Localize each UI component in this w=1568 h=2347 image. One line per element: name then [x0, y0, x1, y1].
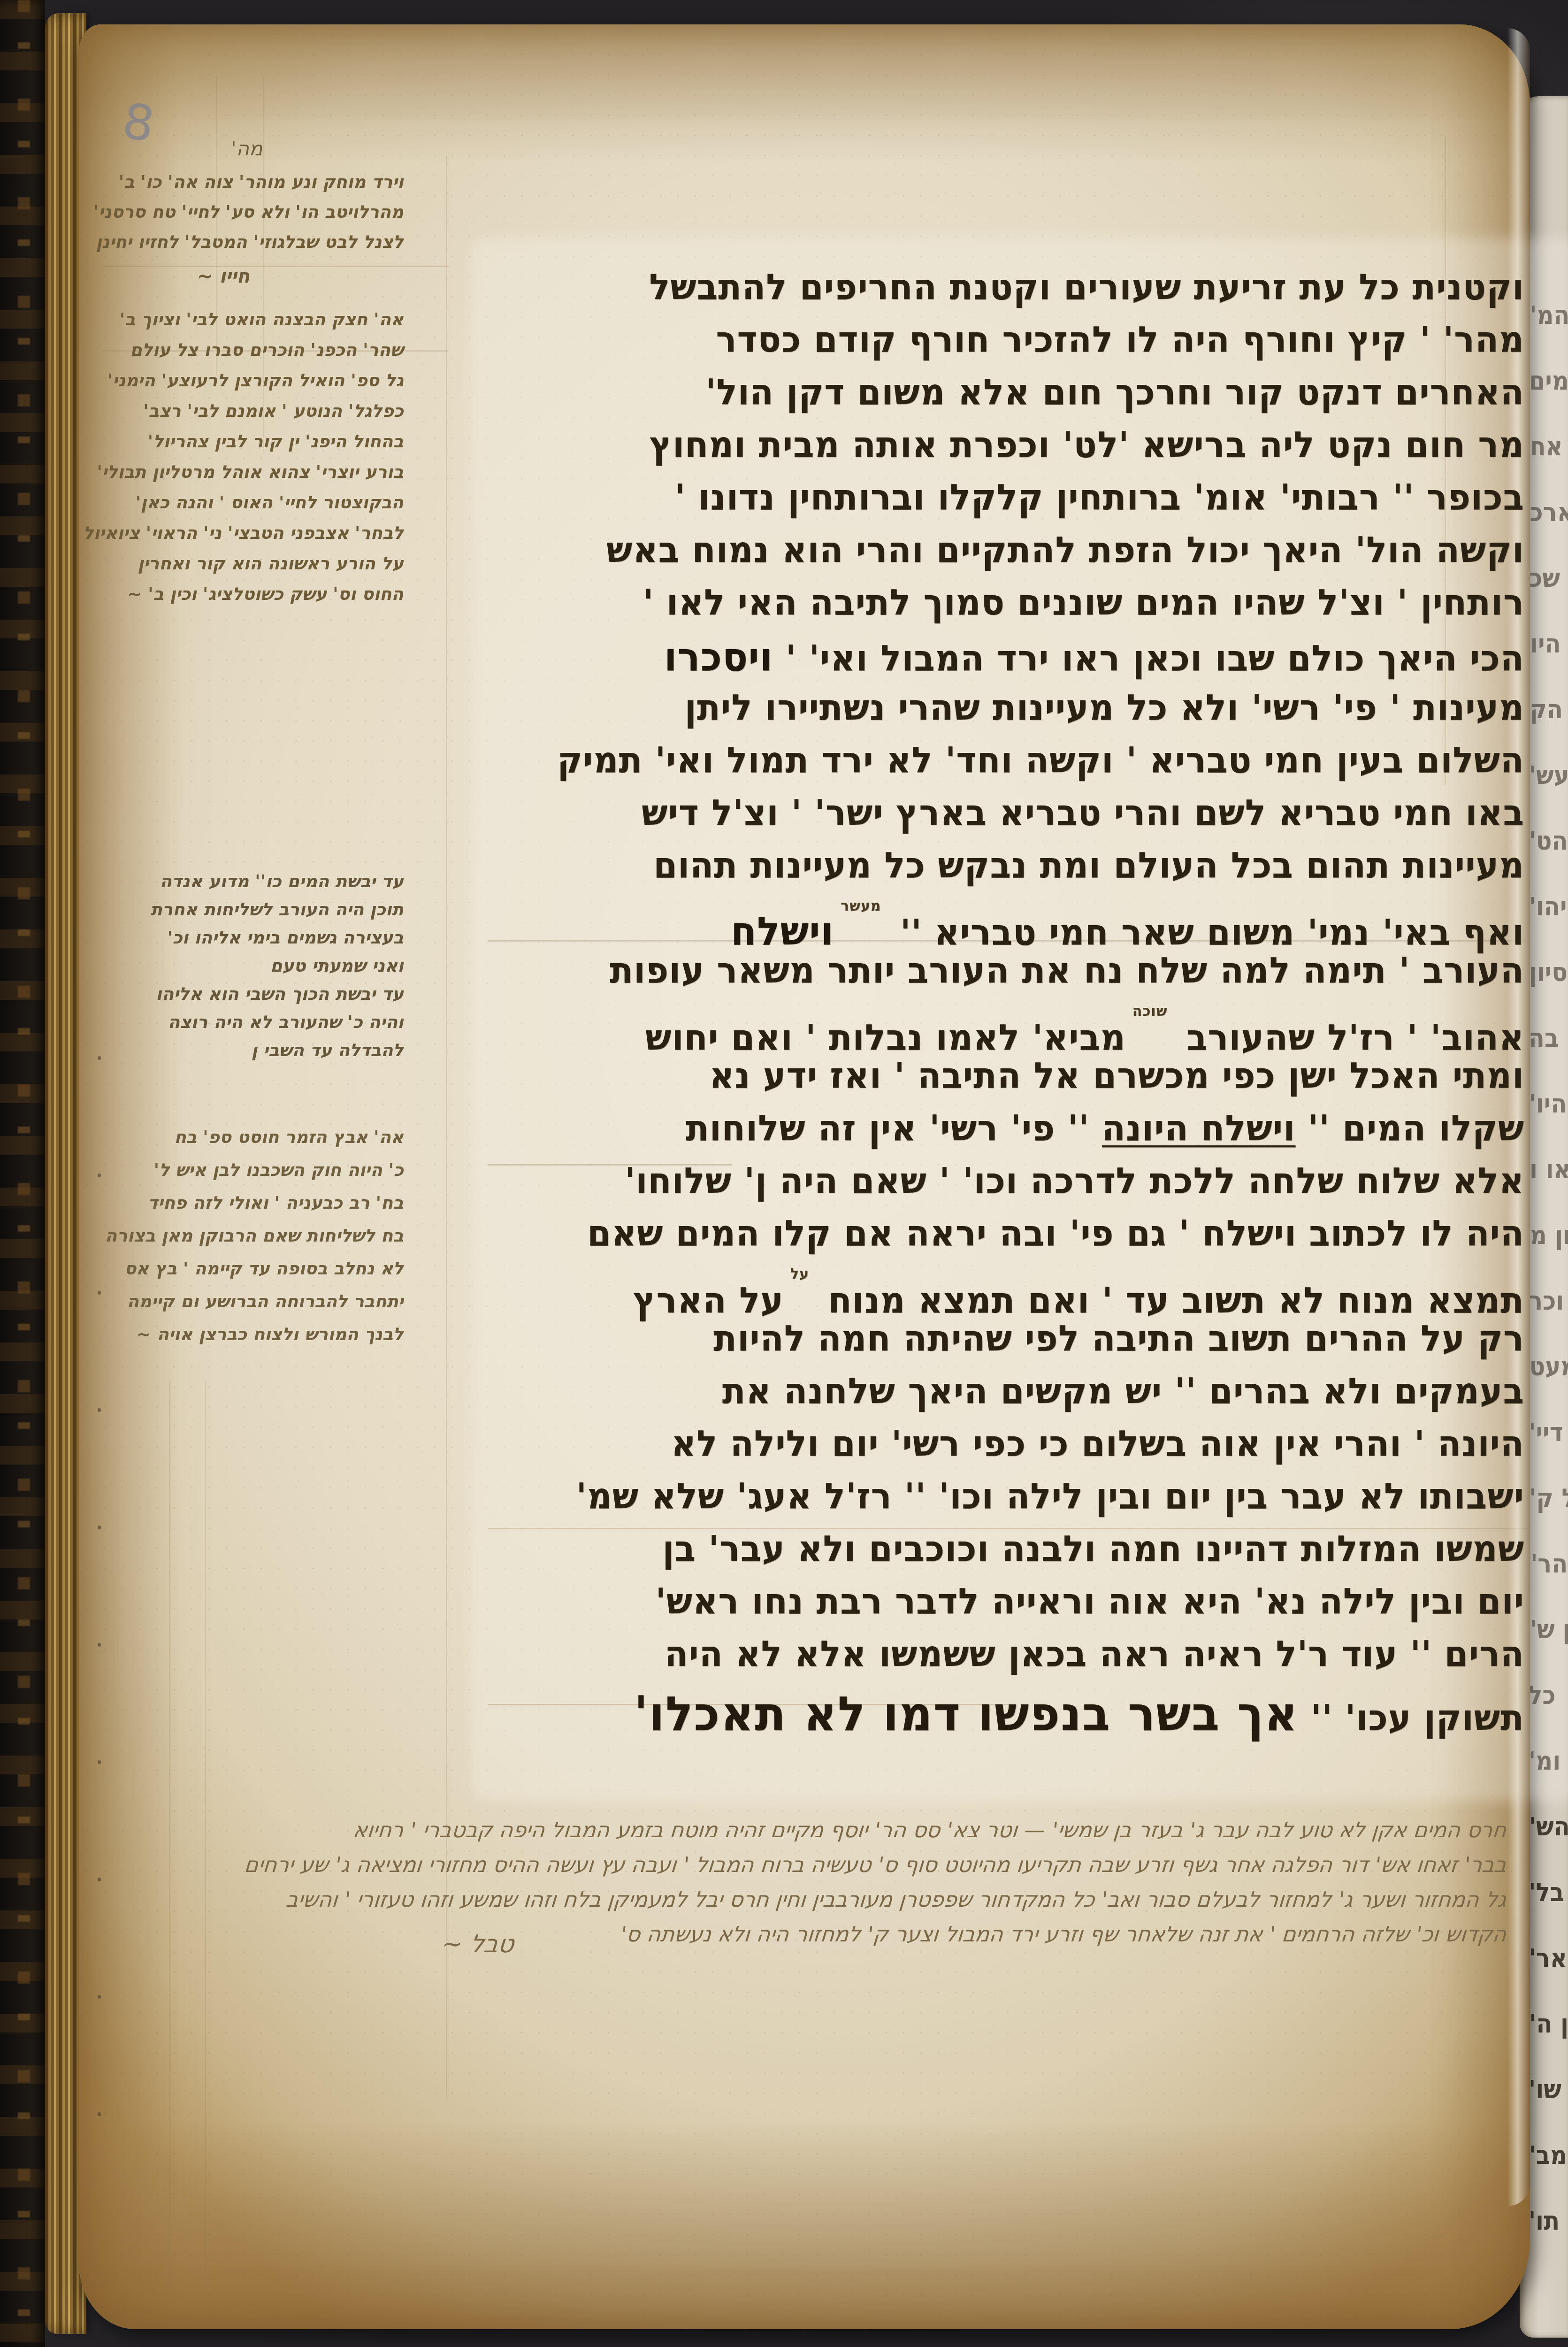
text-segment: '' פי' רשי' אין זה שלוחות: [686, 1108, 1102, 1149]
text-line: חרס המים אקן לא טוע לבה עבר ג' בעזר בן ש…: [118, 1813, 1508, 1848]
text-segment: היונה ' והרי אין אוה בשלום כי כפי רשי' י…: [671, 1423, 1524, 1465]
text-segment: בעמקים ולא בהרים '' יש מקשים היאך שלחנה …: [722, 1371, 1524, 1412]
text-segment: ואף באי' נמי' משום שאר חמי טבריא '': [888, 912, 1524, 953]
text-segment: רותחין ' וצ'ל שהיו המים שוננים סמוך לתיב…: [643, 582, 1524, 623]
main-text-line: אהוב' ' רז'ל שהעורב שוכהמביא' לאמו נבלות…: [475, 1003, 1524, 1057]
margin-note-block-4: אה' אבץ הזמר חוסט ספ' בחכ' היוה חוק השכב…: [99, 1121, 404, 1351]
pricking-hole: [98, 1760, 101, 1764]
header-catchword: מה': [231, 137, 263, 160]
text-segment: האחרים דנקט קור וחרכך חום אלא משום דקן ה…: [705, 372, 1524, 413]
adjacent-page-text-fragment: תו': [1529, 2206, 1560, 2236]
text-line: גל ספ' הואיל הקורצן לרעוצע' הימני': [99, 365, 404, 396]
pricking-hole: [98, 1878, 101, 1881]
main-text-line: תמצא מנוח לא תשוב עד ' ואם תמצא מנוח עלע…: [475, 1266, 1524, 1320]
main-text-line: שקלו המים '' וישלח היונה '' פי' רשי' אין…: [475, 1108, 1524, 1162]
margin-note-block-3: עד יבשת המים כו'' מדוע אנדהתוכן היה העור…: [99, 867, 404, 1065]
text-line: כפלגל' הנוטע ' אומנם לבי' רצב': [99, 396, 404, 426]
text-segment: באו חמי טבריא לשם והרי טבריא בארץ ישר' '…: [642, 792, 1524, 834]
text-line: והיה כ' שהעורב לא היה רוצה: [99, 1008, 404, 1036]
interlinear-correction: שוכה: [1132, 1003, 1168, 1020]
text-segment: הכי היאך כולם שבו וכאן ראו ירד המבול ואי…: [773, 638, 1524, 679]
manuscript-photo: ן המ'מיםש אחהארכו שכאן היות הקעש'הט'יהו'…: [0, 0, 1568, 2347]
main-text-line: מר חום נקט ליה ברישא 'לט' וכפרת אותה מבי…: [475, 424, 1524, 479]
binding-wear-texture: [18, 0, 30, 2347]
text-segment: מביא' לאמו נבלות ' ואם יחוש: [645, 1017, 1126, 1058]
pricking-hole: [98, 1408, 101, 1412]
text-segment: הרים '' עוד ר'ל ראיה ראה בכאן ששמשו אלא …: [665, 1634, 1524, 1675]
text-line: שהר' הכפנ' הוכרים סברו צל עולם: [99, 335, 404, 365]
text-line: כ' היוה חוק השכבנו לבן איש ל': [99, 1154, 404, 1187]
text-segment: אהוב' ' רז'ל שהעורב: [1174, 1017, 1524, 1058]
text-segment: על הארץ: [633, 1280, 784, 1321]
main-text-line: שמשו המזלות דהיינו חמה ולבנה וכוכבים ולא…: [475, 1528, 1524, 1583]
book-binding-spine: [0, 0, 45, 2347]
main-text-line: ישבותו לא עבר בין יום ובין לילה וכו' '' …: [475, 1476, 1524, 1530]
main-text-line: בעמקים ולא בהרים '' יש מקשים היאך שלחנה …: [475, 1371, 1524, 1425]
text-line: בהחול היפנ' ין קור לבין צהריול': [99, 426, 404, 457]
text-segment: מהר' ' קיץ וחורף היה לו להזכיר חורף קודם…: [716, 319, 1524, 360]
interlinear-correction: מעשר: [841, 897, 881, 914]
main-text-line: בכופר '' רבותי' אומ' ברותחין קלקלו וברות…: [475, 477, 1524, 531]
text-line: לצנל לבט שבלגוזי' המטבל' לחזיו יחינן: [99, 227, 404, 257]
text-line: על הורע ראשונה הוא קור ואחרין: [99, 548, 404, 579]
adjacent-page-text-fragment: ין ה': [1529, 2009, 1568, 2039]
main-text-line: השלום בעין חמי טבריא ' וקשה וחד' לא ירד …: [475, 740, 1524, 794]
main-text-line: מעיינות תהום בכל העולם ומת נבקש כל מעיינ…: [475, 845, 1524, 899]
text-segment: העורב ' תימה למה שלח נח את העורב יותר מש…: [610, 950, 1524, 991]
main-text-line: מהר' ' קיץ וחורף היה לו להזכיר חורף קודם…: [475, 319, 1524, 374]
interlinear-correction: על: [790, 1266, 809, 1282]
main-text-line: וקטנית כל עת זריעת שעורים וקטנת החריפים …: [475, 267, 1524, 321]
pricking-hole: [98, 1526, 101, 1529]
text-segment: היה לו לכתוב וישלח ' גם פי' ובה יראה אם …: [587, 1213, 1524, 1254]
main-text-line: מעינות ' פי' רשי' ולא כל מעיינות שהרי נש…: [475, 687, 1524, 742]
text-line: הבקוצטור לחיי' האוס ' והנה כאן': [99, 487, 404, 518]
pricking-hole: [98, 1995, 101, 1999]
text-line: בורע יוצרי' צהוא אוהל מרטליון תבולי': [99, 457, 404, 487]
pricking-hole: [98, 1643, 101, 1647]
text-line: בח לשליחות שאם הרבוקן מאן בצורה: [99, 1220, 404, 1252]
main-text-line: היה לו לכתוב וישלח ' גם פי' ובה יראה אם …: [475, 1213, 1524, 1267]
main-text-line: רותחין ' וצ'ל שהיו המים שוננים סמוך לתיב…: [475, 582, 1524, 637]
main-text-line: וקשה הול' היאך יכול הזפת להתקיים והרי הו…: [475, 529, 1524, 584]
margin-note-block-2: אה' חצק הבצנה הואט לבי' וציוך ב'שהר' הכפ…: [99, 304, 404, 609]
text-segment: מר חום נקט ליה ברישא 'לט' וכפרת אותה מבי…: [650, 424, 1524, 466]
text-line: אה' אבץ הזמר חוסט ספ' בח: [99, 1121, 404, 1154]
text-segment: שמשו המזלות דהיינו חמה ולבנה וכוכבים ולא…: [662, 1528, 1524, 1570]
emphasized-lemma: אך בשר בנפשו דמו לא תאכלו': [634, 1686, 1299, 1741]
text-line: לבנך המורש ולצוח כברצן אויה ~: [99, 1318, 404, 1351]
ruling-line-vertical: [446, 156, 447, 2099]
text-line: בח' רב כבעניה ' ואולי לזה פחיד: [99, 1187, 404, 1220]
main-text-line: תשוקן עכו' '' אך בשר בנפשו דמו לא תאכלו': [475, 1686, 1524, 1741]
adjacent-page-text-fragment: שו': [1529, 2075, 1561, 2104]
adjacent-page-text-fragment: בל': [1529, 1878, 1564, 1907]
text-line: לא נחלב בסופה עד קיימה ' בץ אס: [99, 1252, 404, 1285]
main-text-line: העורב ' תימה למה שלח נח את העורב יותר מש…: [475, 950, 1524, 1005]
text-line: החוס וס' עשק כשוטלציג' וכין ב' ~: [99, 579, 404, 609]
main-text-line: האחרים דנקט קור וחרכך חום אלא משום דקן ה…: [475, 372, 1524, 426]
adjacent-page-text-fragment: הש': [1529, 1812, 1568, 1841]
text-segment: יום ובין לילה נא' היא אוה וראייה לדבר רב…: [655, 1581, 1524, 1622]
text-segment: השלום בעין חמי טבריא ' וקשה וחד' לא ירד …: [557, 740, 1524, 781]
text-line: גל המחזור ושער ג' למחזור לבעלם סבור ואב'…: [118, 1882, 1508, 1917]
text-segment: מעינות ' פי' רשי' ולא כל מעיינות שהרי נש…: [685, 687, 1524, 729]
text-segment: תשוקן עכו' '': [1299, 1697, 1524, 1739]
text-line: אה' חצק הבצנה הואט לבי' וציוך ב': [99, 304, 404, 335]
text-line: תוכן היה העורב לשליחות אחרת: [99, 896, 404, 924]
emphasized-lemma: ויסכרו: [664, 635, 773, 680]
text-segment: בכופר '' רבותי' אומ' ברותחין קלקלו וברות…: [675, 477, 1524, 518]
text-segment: אלא שלוח שלחה ללכת לדרכה וכו' ' שאם היה …: [625, 1160, 1524, 1202]
text-line: מהרלויטב הו' ולא סע' לחיי' טח סרסני': [99, 197, 404, 227]
main-text-line: הכי היאך כולם שבו וכאן ראו ירד המבול ואי…: [475, 635, 1524, 689]
main-text-block: וקטנית כל עת זריעת שעורים וקטנת החריפים …: [475, 267, 1524, 1739]
margin-note-1-tail: חייו ~: [197, 266, 250, 287]
adjacent-page-text-fragment: מב': [1529, 2140, 1567, 2170]
lower-gloss-tail: טבל ~: [440, 1930, 516, 1958]
main-text-line: באו חמי טבריא לשם והרי טבריא בארץ ישר' '…: [475, 792, 1524, 847]
text-segment: שקלו המים '': [1295, 1108, 1524, 1149]
pricking-hole: [98, 2112, 101, 2116]
emphasized-lemma: וישלח היונה: [1102, 1108, 1296, 1149]
text-line: לבחר' אצבפני הטבצי' ני' הראוי' ציואיול: [99, 518, 404, 548]
text-segment: ישבותו לא עבר בין יום ובין לילה וכו' '' …: [576, 1476, 1524, 1517]
text-line: יתחבר להברוחה הברושע ום קיימה: [99, 1285, 404, 1318]
text-segment: וקטנית כל עת זריעת שעורים וקטנת החריפים …: [649, 267, 1524, 308]
main-text-line: הרים '' עוד ר'ל ראיה ראה בכאן ששמשו אלא …: [475, 1634, 1524, 1688]
emphasized-lemma: וישלח: [731, 909, 834, 954]
text-line: בעצירה גשמים בימי אליהו וכ': [99, 924, 404, 952]
text-line: הקדוש וכ' שלזה הרחמים ' את זנה שלאחר שף …: [118, 1917, 1508, 1952]
text-line: עד יבשת המים כו'' מדוע אנדה: [99, 867, 404, 896]
main-text-line: היונה ' והרי אין אוה בשלום כי כפי רשי' י…: [475, 1423, 1524, 1478]
text-segment: רק על ההרים תשוב התיבה לפי שהיתה חמה להי…: [713, 1318, 1524, 1359]
lower-gloss-block: חרס המים אקן לא טוע לבה עבר ג' בעזר בן ש…: [120, 1813, 1507, 1952]
main-text-line: רק על ההרים תשוב התיבה לפי שהיתה חמה להי…: [475, 1318, 1524, 1373]
text-segment: מעיינות תהום בכל העולם ומת נבקש כל מעיינ…: [653, 845, 1524, 886]
text-line: ואני שמעתי טעם: [99, 952, 404, 980]
text-segment: תמצא מנוח לא תשוב עד ' ואם תמצא מנוח: [816, 1280, 1524, 1321]
adjacent-page-text-fragment: אר': [1529, 1943, 1567, 1973]
margin-note-block-1: וירד מוחק ונע מוהר' צוה אה' כו' ב'מהרלוי…: [99, 167, 404, 257]
text-line: וירד מוחק ונע מוהר' צוה אה' כו' ב': [99, 167, 404, 197]
ruling-line-horizontal: [102, 266, 449, 267]
text-line: בבר' זאחו אש' דור הפלגה אחר גשף וזרע שבה…: [118, 1848, 1508, 1882]
main-text-line: ואף באי' נמי' משום שאר חמי טבריא '' מעשר…: [475, 897, 1524, 952]
text-segment: ומתי האכל ישן כפי מכשרם אל התיבה ' ואז י…: [709, 1055, 1524, 1097]
main-text-line: יום ובין לילה נא' היא אוה וראייה לדבר רב…: [475, 1581, 1524, 1635]
main-text-line: אלא שלוח שלחה ללכת לדרכה וכו' ' שאם היה …: [475, 1160, 1524, 1215]
main-text-line: ומתי האכל ישן כפי מכשרם אל התיבה ' ואז י…: [475, 1055, 1524, 1110]
text-line: עד יבשת הכוך השבי הוא אליהו: [99, 980, 404, 1008]
text-line: להבדלה עד השבי ן: [99, 1036, 404, 1065]
text-segment: וקשה הול' היאך יכול הזפת להתקיים והרי הו…: [606, 529, 1524, 571]
